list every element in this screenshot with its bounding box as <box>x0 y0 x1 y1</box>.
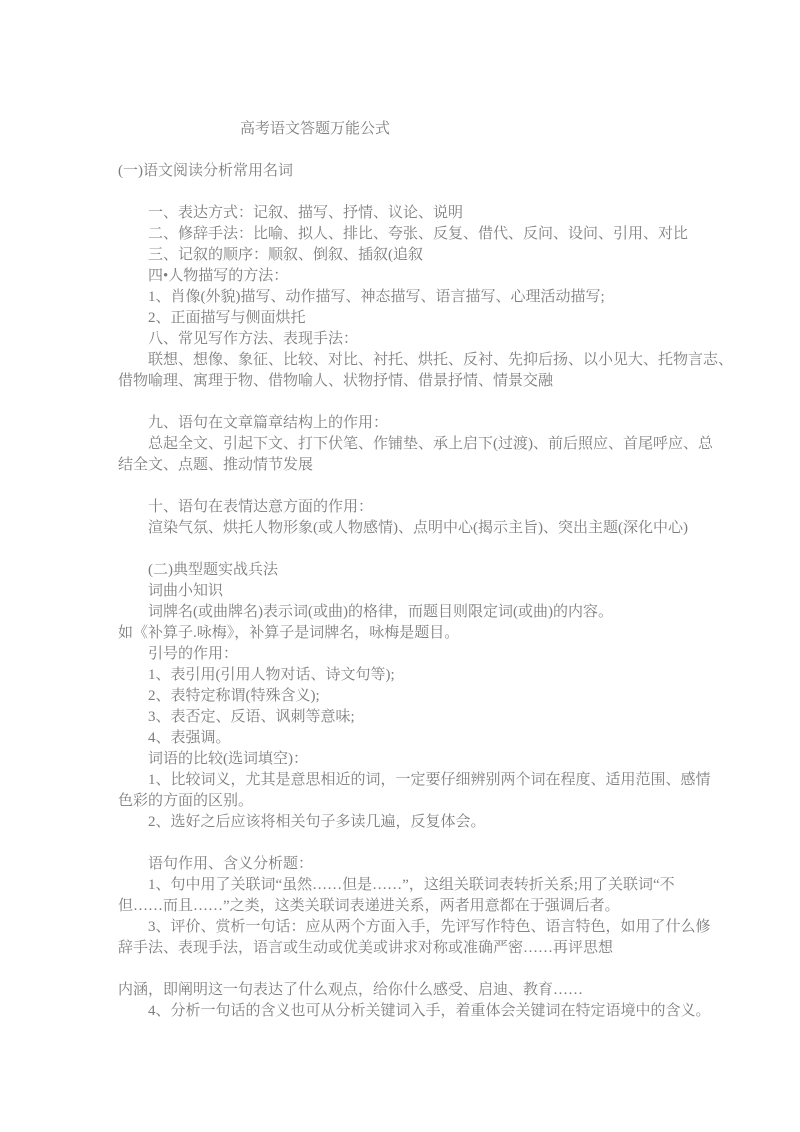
text-line: 结全文、点题、推动情节发展 <box>118 455 800 476</box>
text-line: 词牌名(或曲牌名)表示词(或曲)的格律，而题目则限定词(或曲)的内容。 <box>148 602 800 623</box>
text-line: 词语的比较(选词填空)： <box>148 749 800 770</box>
text-line: 语句作用、含义分析题： <box>148 854 800 875</box>
text-line: 2、选好之后应该将相关句子多读几遍，反复体会。 <box>148 812 800 833</box>
document-page: 高考语文答题万能公式 (一)语文阅读分析常用名词 一、表达方式：记叙、描写、抒情… <box>0 0 800 1132</box>
text-line: 3、评价、赏析一句话：应从两个方面入手，先评写作特色、语言特色，如用了什么修 <box>148 917 800 938</box>
text-line: 2、正面描写与侧面烘托 <box>148 308 800 329</box>
blank-line <box>118 140 800 161</box>
text-line: 一、表达方式：记叙、描写、抒情、议论、说明 <box>148 203 800 224</box>
blank-line <box>118 182 800 203</box>
page-title: 高考语文答题万能公式 <box>240 119 800 140</box>
text-line: 九、语句在文章篇章结构上的作用： <box>148 413 800 434</box>
text-line: 十、语句在表情达意方面的作用： <box>148 497 800 518</box>
text-line: 八、常见写作方法、表现手法： <box>148 329 800 350</box>
text-line: 辞手法、表现手法，语言或生动或优美或讲求对称或准确严密……再评思想 <box>118 938 800 959</box>
text-line: 四•人物描写的方法： <box>148 266 800 287</box>
text-line: 词曲小知识 <box>148 581 800 602</box>
blank-line <box>118 959 800 980</box>
text-line: 总起全文、引起下文、打下伏笔、作铺垫、承上启下(过渡)、前后照应、首尾呼应、总 <box>148 434 800 455</box>
text-line: 借物喻理、寓理于物、借物喻人、状物抒情、借景抒情、情景交融 <box>118 371 800 392</box>
text-line: 4、分析一句话的含义也可从分析关键词入手，着重体会关键词在特定语境中的含义。 <box>148 1001 800 1022</box>
text-line: (一)语文阅读分析常用名词 <box>118 161 800 182</box>
text-line: 二、修辞手法：比喻、拟人、排比、夸张、反复、借代、反问、设问、引用、对比 <box>148 224 800 245</box>
text-line: 三、记叙的顺序：顺叙、倒叙、插叙(追叙 <box>148 245 800 266</box>
text-line: 联想、想像、象征、比较、对比、衬托、烘托、反衬、先抑后扬、以小见大、托物言志、 <box>148 350 800 371</box>
text-line: 引号的作用： <box>148 644 800 665</box>
text-line: 2、表特定称谓(特殊含义); <box>148 686 800 707</box>
text-line: 1、表引用(引用人物对话、诗文句等); <box>148 665 800 686</box>
blank-line <box>118 392 800 413</box>
blank-line <box>118 476 800 497</box>
blank-line <box>118 833 800 854</box>
text-line: 1、句中用了关联词“虽然……但是……”，这组关联词表转折关系;用了关联词“不 <box>148 875 800 896</box>
text-line: (二)典型题实战兵法 <box>148 560 800 581</box>
document-body: 高考语文答题万能公式 (一)语文阅读分析常用名词 一、表达方式：记叙、描写、抒情… <box>0 0 800 1022</box>
text-line: 但……而且……”之类，这类关联词表递进关系，两者用意都在于强调后者。 <box>118 896 800 917</box>
text-line: 渲染气氛、烘托人物形象(或人物感情)、点明中心(揭示主旨)、突出主题(深化中心) <box>148 518 800 539</box>
text-line: 3、表否定、反语、讽刺等意味; <box>148 707 800 728</box>
text-line: 如《补算子.咏梅》，补算子是词牌名，咏梅是题目。 <box>118 623 800 644</box>
text-line: 1、肖像(外貌)描写、动作描写、神态描写、语言描写、心理活动描写; <box>148 287 800 308</box>
text-line: 色彩的方面的区别。 <box>118 791 800 812</box>
text-line: 内涵，即阐明这一句表达了什么观点，给你什么感受、启迪、教育…… <box>118 980 800 1001</box>
blank-line <box>118 539 800 560</box>
text-line: 1、比较词义，尤其是意思相近的词，一定要仔细辨别两个词在程度、适用范围、感情 <box>148 770 800 791</box>
text-line: 4、表强调。 <box>148 728 800 749</box>
